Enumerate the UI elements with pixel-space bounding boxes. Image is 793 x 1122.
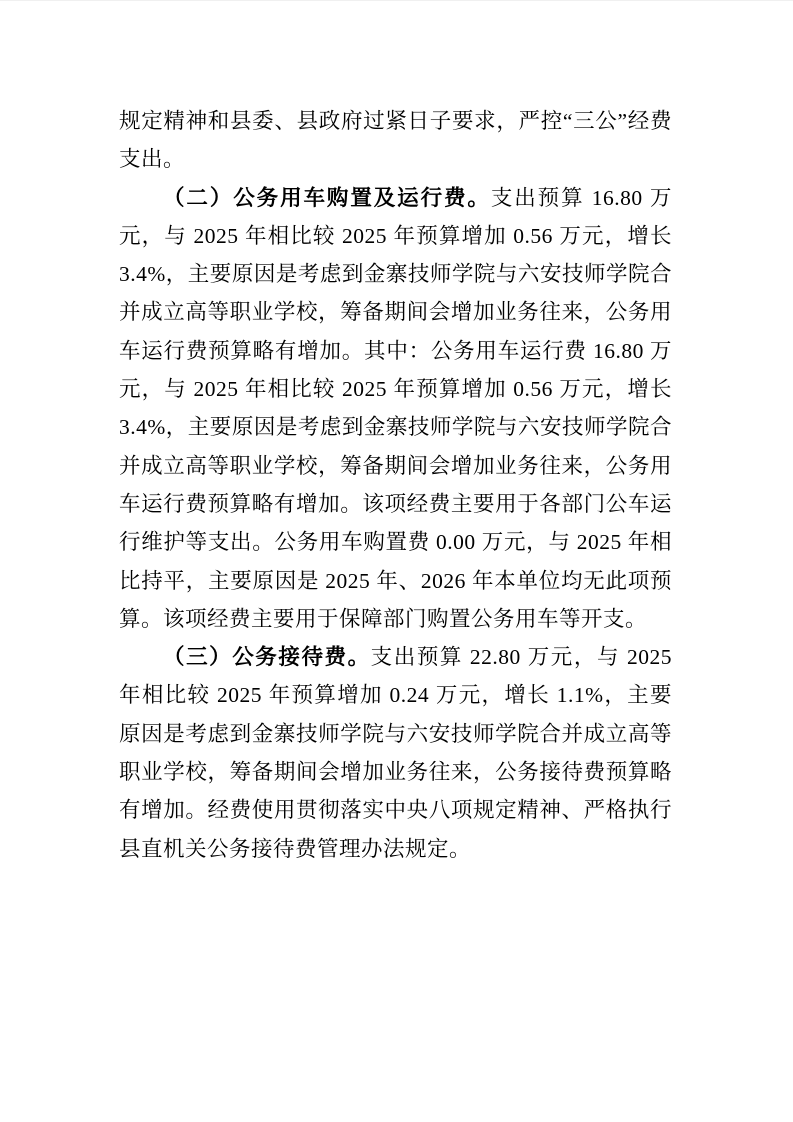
document-body: 规定精神和县委、县政府过紧日子要求，严控“三公”经费支出。（二）公务用车购置及运… <box>119 102 672 868</box>
paragraph-text-run: 支出预算 16.80 万元，与 2025 年相比较 2025 年预算增加 0.5… <box>119 186 672 631</box>
paragraph-heading-run: （二）公务用车购置及运行费。 <box>163 186 491 210</box>
paragraph-official-reception-expenses: （三）公务接待费。支出预算 22.80 万元，与 2025 年相比较 2025 … <box>119 638 672 868</box>
paragraph-official-vehicle-expenses: （二）公务用车购置及运行费。支出预算 16.80 万元，与 2025 年相比较 … <box>119 179 672 639</box>
paragraph-text-run: 规定精神和县委、县政府过紧日子要求，严控“三公”经费支出。 <box>119 109 672 171</box>
paragraph-continuation: 规定精神和县委、县政府过紧日子要求，严控“三公”经费支出。 <box>119 102 672 179</box>
paragraph-text-run: 支出预算 22.80 万元，与 2025 年相比较 2025 年预算增加 0.2… <box>119 645 672 860</box>
paragraph-heading-run: （三）公务接待费。 <box>163 645 371 669</box>
document-page: 规定精神和县委、县政府过紧日子要求，严控“三公”经费支出。（二）公务用车购置及运… <box>0 0 793 1122</box>
